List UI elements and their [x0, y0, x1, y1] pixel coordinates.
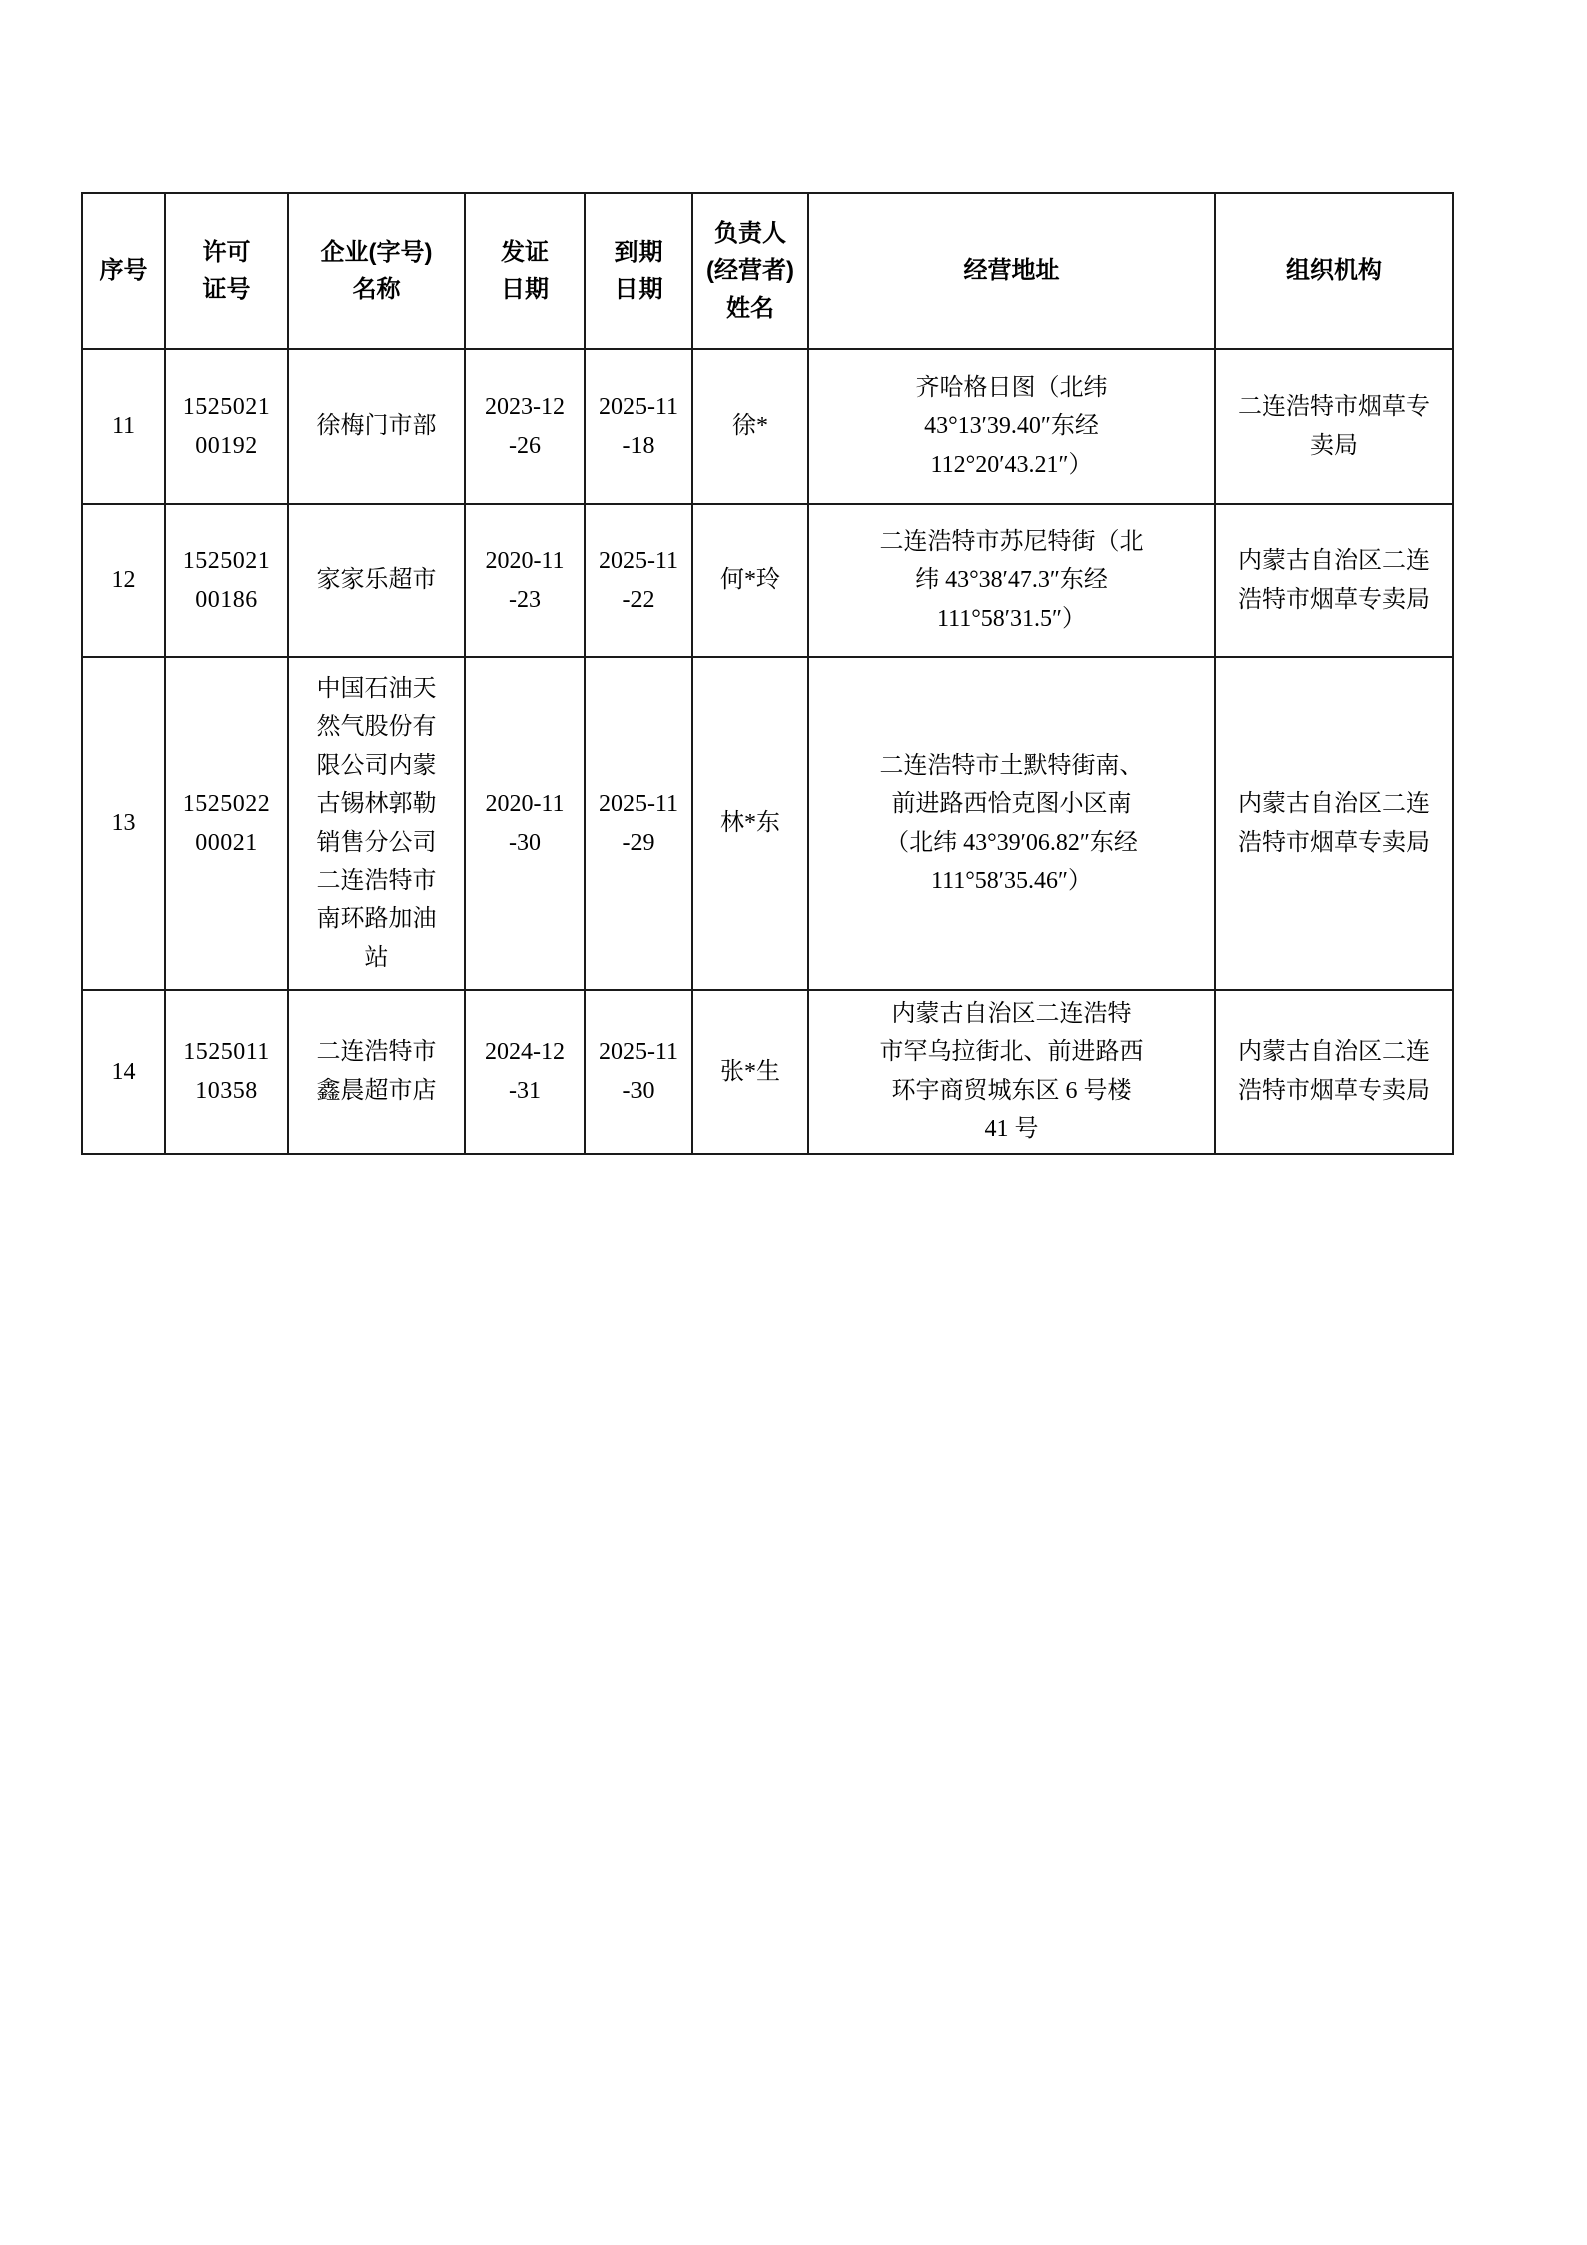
header-cell-address: 经营地址	[808, 193, 1215, 349]
cell-address: 内蒙古自治区二连浩特 市罕乌拉街北、前进路西 环宇商贸城东区 6 号楼 41 号	[808, 990, 1215, 1154]
cell-expiry-date: 2025-11 -22	[585, 504, 692, 657]
table-row: 11 1525021 00192 徐梅门市部 2023-12 -26 2025-…	[82, 349, 1453, 504]
table-row: 14 1525011 10358 二连浩特市 鑫晨超市店 2024-12 -31…	[82, 990, 1453, 1154]
cell-index: 11	[82, 349, 165, 504]
cell-issue-date: 2020-11 -23	[465, 504, 585, 657]
cell-expiry-date: 2025-11 -30	[585, 990, 692, 1154]
header-cell-expiry-date: 到期 日期	[585, 193, 692, 349]
cell-org: 内蒙古自治区二连 浩特市烟草专卖局	[1215, 657, 1453, 990]
cell-license-no: 1525011 10358	[165, 990, 288, 1154]
table-row: 13 1525022 00021 中国石油天 然气股份有 限公司内蒙 古锡林郭勒…	[82, 657, 1453, 990]
cell-address: 二连浩特市土默特街南、 前进路西恰克图小区南 （北纬 43°39′06.82″东…	[808, 657, 1215, 990]
cell-index: 13	[82, 657, 165, 990]
cell-issue-date: 2020-11 -30	[465, 657, 585, 990]
cell-license-no: 1525021 00186	[165, 504, 288, 657]
cell-person: 张*生	[692, 990, 808, 1154]
cell-org: 二连浩特市烟草专 卖局	[1215, 349, 1453, 504]
cell-org: 内蒙古自治区二连 浩特市烟草专卖局	[1215, 504, 1453, 657]
cell-address: 齐哈格日图（北纬 43°13′39.40″东经 112°20′43.21″）	[808, 349, 1215, 504]
cell-company: 徐梅门市部	[288, 349, 465, 504]
cell-person: 徐*	[692, 349, 808, 504]
header-cell-person: 负责人 (经营者) 姓名	[692, 193, 808, 349]
cell-company: 家家乐超市	[288, 504, 465, 657]
cell-index: 14	[82, 990, 165, 1154]
cell-company: 中国石油天 然气股份有 限公司内蒙 古锡林郭勒 销售分公司 二连浩特市 南环路加…	[288, 657, 465, 990]
cell-address: 二连浩特市苏尼特街（北 纬 43°38′47.3″东经 111°58′31.5″…	[808, 504, 1215, 657]
cell-issue-date: 2023-12 -26	[465, 349, 585, 504]
cell-person: 林*东	[692, 657, 808, 990]
cell-company: 二连浩特市 鑫晨超市店	[288, 990, 465, 1154]
license-table: 序号 许可 证号 企业(字号) 名称 发证 日期 到期 日期 负责人 (经营者)…	[81, 192, 1454, 1155]
header-cell-company: 企业(字号) 名称	[288, 193, 465, 349]
cell-expiry-date: 2025-11 -29	[585, 657, 692, 990]
header-cell-org: 组织机构	[1215, 193, 1453, 349]
cell-issue-date: 2024-12 -31	[465, 990, 585, 1154]
cell-index: 12	[82, 504, 165, 657]
cell-org: 内蒙古自治区二连 浩特市烟草专卖局	[1215, 990, 1453, 1154]
table-row: 12 1525021 00186 家家乐超市 2020-11 -23 2025-…	[82, 504, 1453, 657]
table-header-row: 序号 许可 证号 企业(字号) 名称 发证 日期 到期 日期 负责人 (经营者)…	[82, 193, 1453, 349]
header-cell-license-no: 许可 证号	[165, 193, 288, 349]
cell-license-no: 1525022 00021	[165, 657, 288, 990]
cell-license-no: 1525021 00192	[165, 349, 288, 504]
cell-expiry-date: 2025-11 -18	[585, 349, 692, 504]
header-cell-issue-date: 发证 日期	[465, 193, 585, 349]
header-cell-index: 序号	[82, 193, 165, 349]
cell-person: 何*玲	[692, 504, 808, 657]
document-page: 序号 许可 证号 企业(字号) 名称 发证 日期 到期 日期 负责人 (经营者)…	[0, 0, 1587, 2245]
